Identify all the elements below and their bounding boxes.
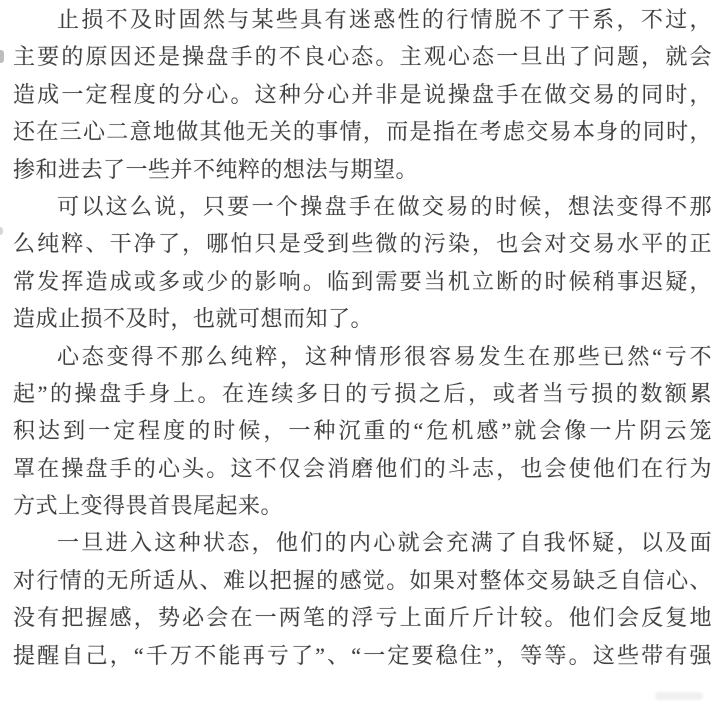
scan-smudge: [655, 692, 703, 700]
text-line: 对行情的无所适从、难以把握的感觉。如果对整体交易缺乏自信心、: [13, 562, 712, 599]
text-line: 造成一定程度的分心。这种分心并非是说操盘手在做交易的同时，: [13, 76, 712, 113]
text-line: 积达到一定程度的时候，一种沉重的“危机感”就会像一片阴云笼: [13, 412, 712, 449]
text-line: 还在三心二意地做其他无关的事情，而是指在考虑交易本身的同时，: [13, 113, 712, 150]
text-line: 起”的操盘手身上。在连续多日的亏损之后，或者当亏损的数额累: [13, 375, 712, 412]
text-line: 可以这么说，只要一个操盘手在做交易的时候，想法变得不那: [13, 188, 712, 225]
text-line: 提醒自己，“千万不能再亏了”、“一定要稳住”，等等。这些带有强: [13, 637, 712, 674]
text-line: 掺和进去了一些并不纯粹的想法与期望。: [13, 151, 712, 188]
scan-speck: [0, 50, 4, 63]
scan-speck: [0, 227, 3, 235]
text-line: 止损不及时固然与某些具有迷惑性的行情脱不了干系，不过，: [13, 1, 712, 38]
text-line: 主要的原因还是操盘手的不良心态。主观心态一旦出了问题，就会: [13, 38, 712, 75]
text-line: 一旦进入这种状态，他们的内心就会充满了自我怀疑，以及面: [13, 524, 712, 561]
text-line: 常发挥造成或多或少的影响。临到需要当机立断的时候稍事迟疑，: [13, 263, 712, 300]
text-line: 造成止损不及时，也就可想而知了。: [13, 300, 712, 337]
paragraph: 止损不及时固然与某些具有迷惑性的行情脱不了干系，不过，主要的原因还是操盘手的不良…: [13, 1, 712, 188]
text-line: 心态变得不那么纯粹，这种情形很容易发生在那些已然“亏不: [13, 338, 712, 375]
text-line: 没有把握感，势必会在一两笔的浮亏上面斤斤计较。他们会反复地: [13, 599, 712, 636]
paragraph: 心态变得不那么纯粹，这种情形很容易发生在那些已然“亏不起”的操盘手身上。在连续多…: [13, 338, 712, 525]
text-body: 止损不及时固然与某些具有迷惑性的行情脱不了干系，不过，主要的原因还是操盘手的不良…: [13, 1, 712, 674]
paragraph: 一旦进入这种状态，他们的内心就会充满了自我怀疑，以及面对行情的无所适从、难以把握…: [13, 524, 712, 674]
text-line: 罩在操盘手的心头。这不仅会消磨他们的斗志，也会使他们在行为: [13, 450, 712, 487]
text-line: 方式上变得畏首畏尾起来。: [13, 487, 712, 524]
text-line: 么纯粹、干净了，哪怕只是受到些微的污染，也会对交易水平的正: [13, 225, 712, 262]
paragraph: 可以这么说，只要一个操盘手在做交易的时候，想法变得不那么纯粹、干净了，哪怕只是受…: [13, 188, 712, 338]
scanned-page: 止损不及时固然与某些具有迷惑性的行情脱不了干系，不过，主要的原因还是操盘手的不良…: [0, 0, 725, 705]
